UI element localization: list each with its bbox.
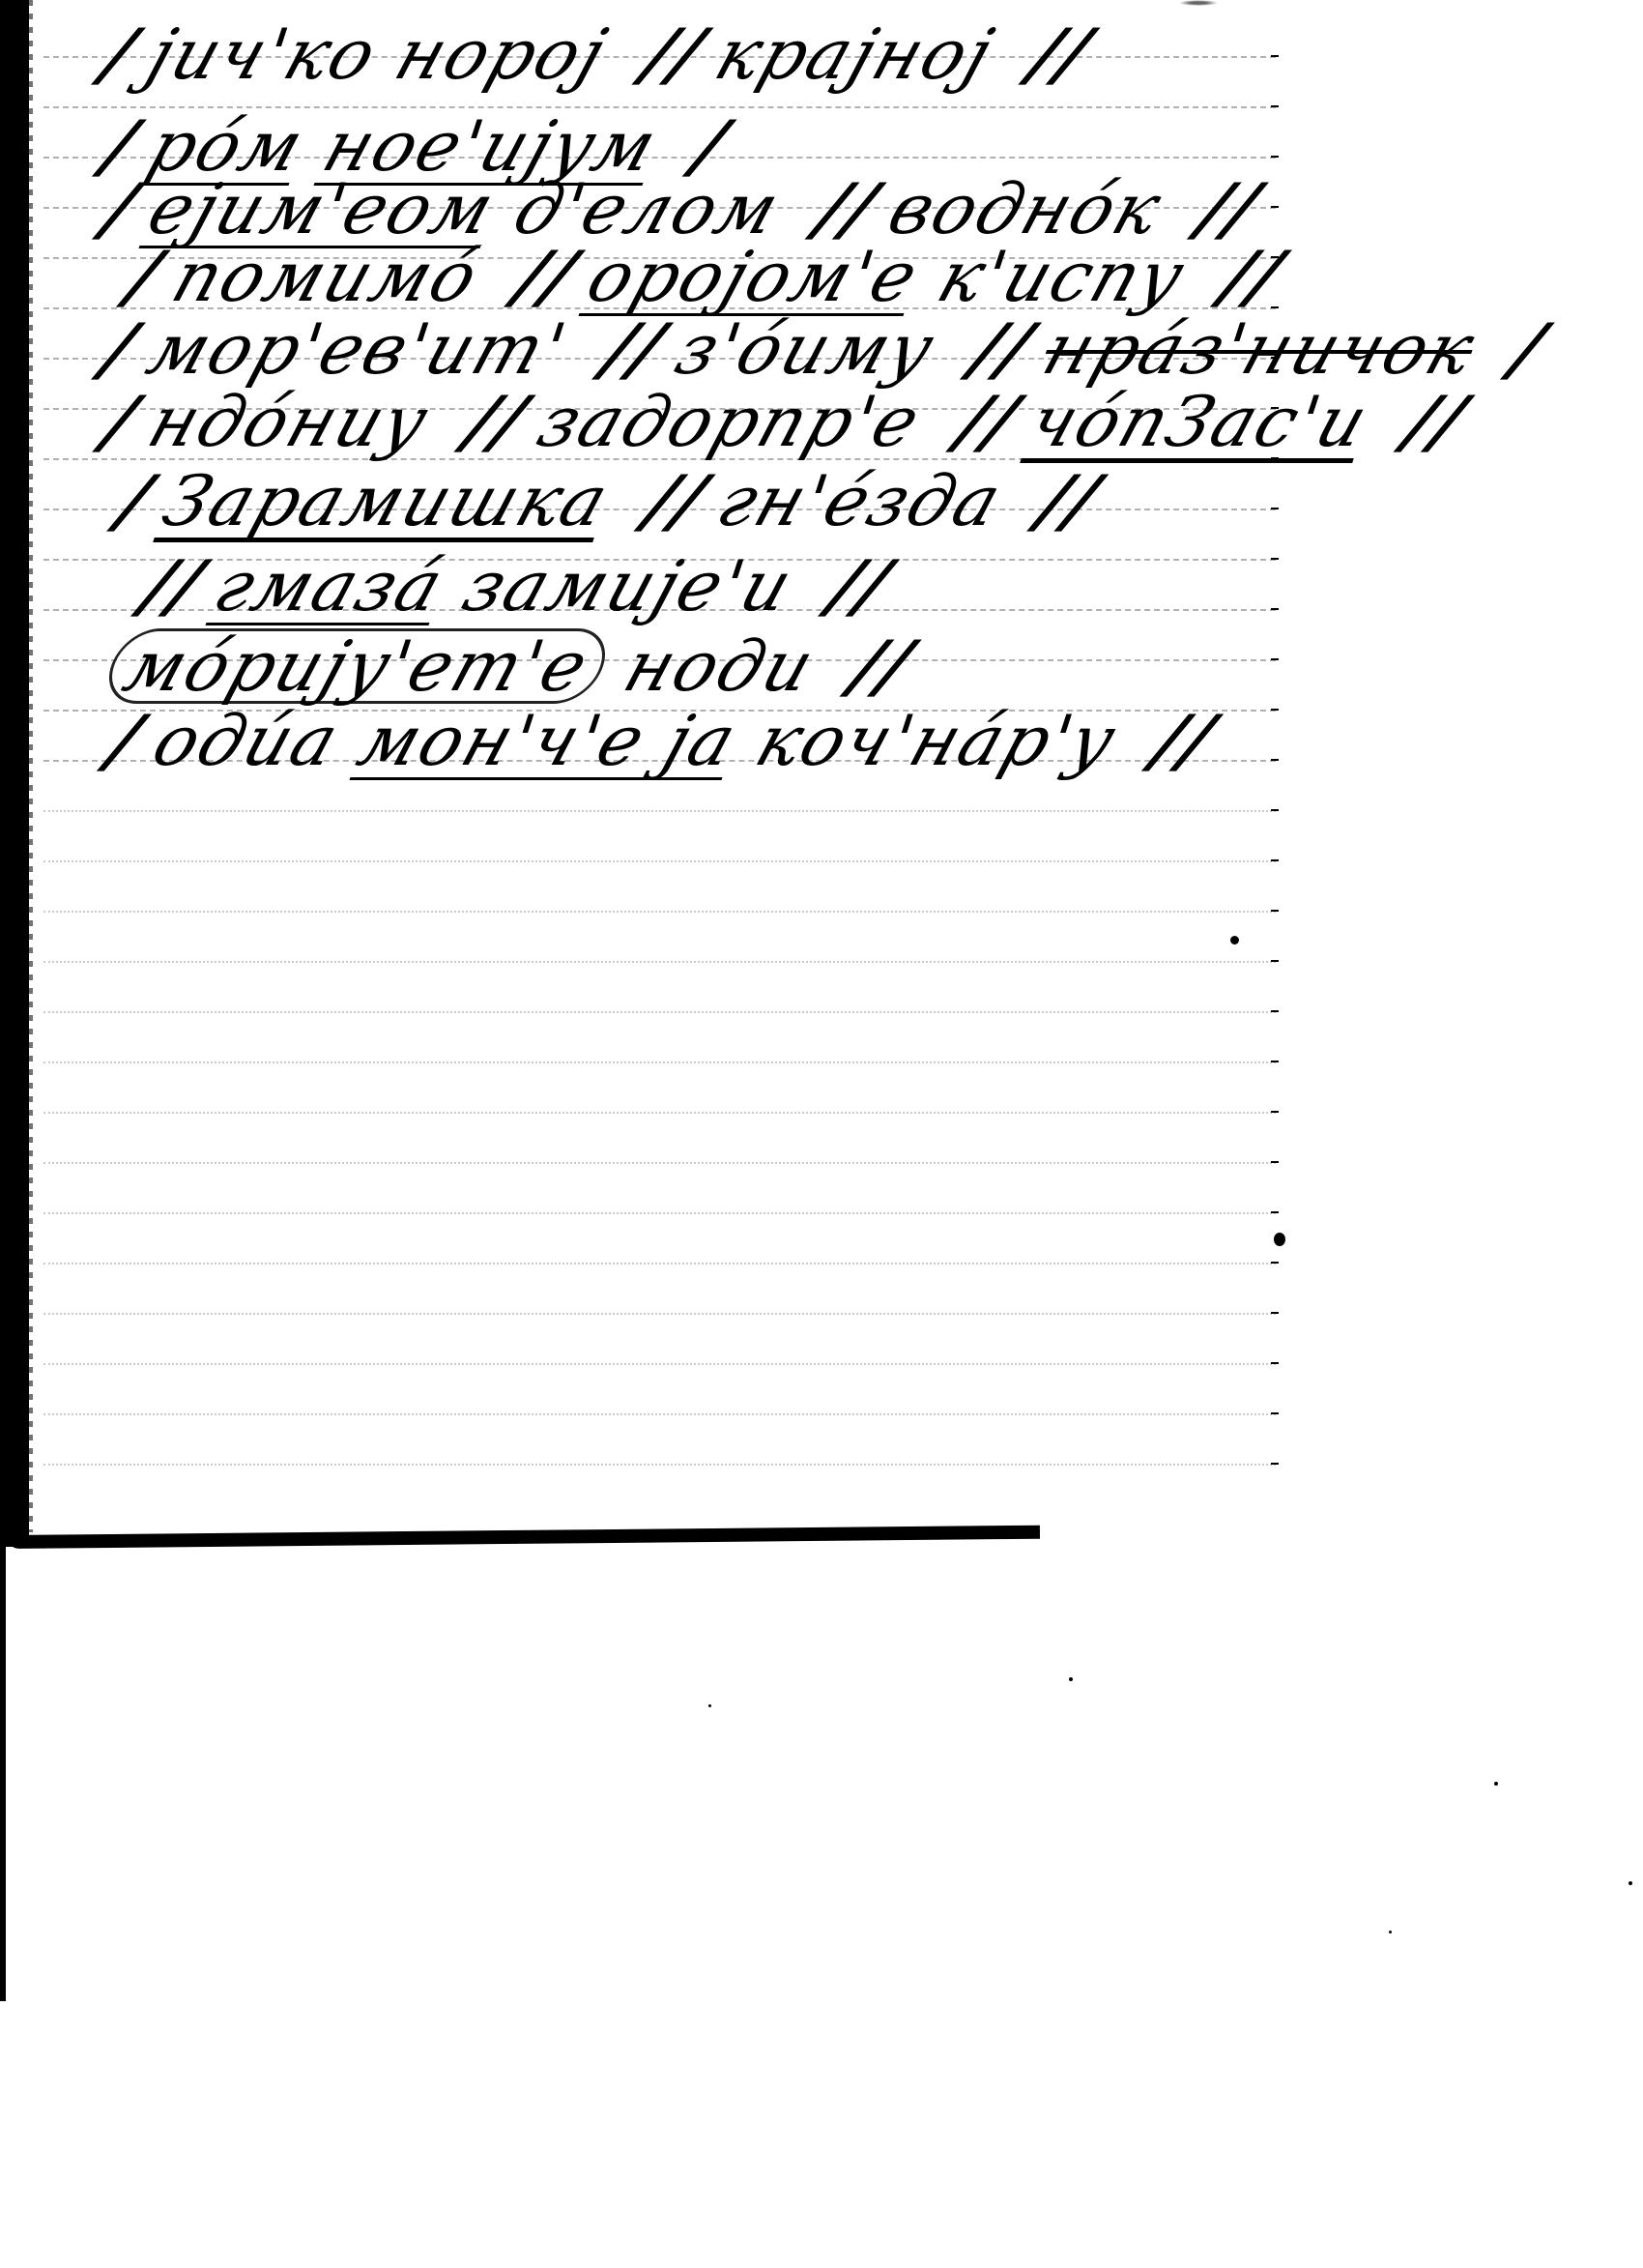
page-bottom-border [6,1526,1040,1549]
handwritten-word: мон'ч'е ја [349,706,746,780]
margin-tick [1271,960,1279,962]
word-delimiter: // [638,466,715,536]
handwritten-word: крајној [707,19,1002,89]
word-delimiter: // [595,314,673,384]
handwritten-word: гмаза́ [205,551,452,625]
ruled-line [43,1162,1276,1164]
line-delimiter: / [110,466,160,536]
handwritten-line: //гмаза́замије'и// [132,551,916,625]
word-delimiter: // [507,242,585,311]
handwritten-word: ноди [617,631,823,701]
ink-speck [1494,1782,1498,1786]
line-delimiter: / [120,242,170,311]
ruled-line [43,1413,1276,1415]
ruled-line [43,1464,1276,1466]
handwritten-word: задорпр'е [530,387,930,456]
ink-speck [1389,1931,1392,1934]
word-delimiter: // [458,387,535,456]
ruled-line [43,1011,1276,1013]
handwritten-word: оројом'е [578,242,928,316]
handwritten-word: д'елом [506,174,789,244]
handwritten-word: ндо́ниу [141,387,438,456]
handwritten-word: замије'и [455,551,802,621]
handwritten-line: /оди́амон'ч'е јакоч'на́р'у// [99,706,1240,780]
line-delimiter: / [95,19,145,89]
handwritten-line: /мор'ев'ит'//з'о́иму//нра́з'ничок/ [95,314,1571,384]
word-delimiter: // [809,174,886,244]
margin-tick [1271,1061,1279,1062]
handwritten-word: помимо́ [164,242,487,311]
handwritten-word: к'испу [930,242,1194,311]
word-delimiter: // [1145,706,1223,775]
ruled-line [43,961,1276,963]
notebook-page: /јич'ко норој//крајној///ро́мное'ијум//е… [0,0,1643,2268]
handwritten-line: /ндо́ниу//задорпр'е//чо́пЗас'и// [94,387,1492,463]
handwritten-word: оди́а [145,706,348,775]
ink-speck [1629,1881,1632,1885]
ruled-line [43,1112,1276,1114]
notebook-binding-spine [0,0,29,1547]
spine-edge-line [0,1547,6,2001]
ruled-line [43,911,1276,913]
margin-tick [1271,55,1279,57]
margin-tick [1271,1463,1279,1465]
handwritten-word: мо́рију'ет'е [99,628,615,704]
line-delimiter: / [95,314,145,384]
margin-tick [1271,709,1279,711]
ink-speck [1069,1677,1073,1681]
margin-tick [1271,658,1279,660]
handwritten-word: нра́з'ничок [1036,314,1484,384]
handwritten-word: Зарамишка [153,466,618,542]
margin-tick [1271,558,1279,560]
margin-tick [1271,759,1279,761]
ruled-line [43,1212,1276,1214]
line-delimiter: / [96,387,146,456]
word-delimiter: // [821,551,899,621]
line-delimiter: / [101,706,151,775]
ruled-line [43,1061,1276,1063]
word-delimiter: // [1023,19,1100,89]
ruled-line [43,1363,1276,1365]
margin-tick [1271,1312,1279,1314]
margin-tick [1271,859,1279,861]
margin-tick [1271,156,1279,158]
margin-tick [1271,1412,1279,1414]
margin-tick [1271,1362,1279,1364]
handwritten-word: чо́пЗас'и [1020,387,1377,463]
page-inner-edge [29,0,33,1532]
handwritten-line: /јич'ко норој//крајној// [95,19,1116,89]
ruled-line [43,860,1276,862]
margin-tick [1271,105,1279,107]
word-delimiter: // [636,19,713,89]
margin-tick [1271,1010,1279,1012]
word-delimiter: // [844,631,921,701]
handwritten-line: /Зарамишка//гн'е́зда// [108,466,1125,542]
word-delimiter: // [1030,466,1108,536]
ruled-line [43,810,1276,812]
margin-tick [1271,910,1279,912]
margin-tick [1271,1161,1279,1163]
handwritten-word: јич'ко норој [140,19,616,89]
handwritten-line: мо́рију'ет'еноди// [99,628,938,704]
handwritten-word: гн'е́зда [709,466,1010,536]
margin-tick [1271,608,1279,610]
ink-speck [1230,936,1239,945]
ink-speck [708,1704,711,1707]
margin-tick [1271,1211,1279,1213]
word-delimiter: // [1398,387,1475,456]
handwritten-word: коч'на́р'у [748,706,1125,775]
word-delimiter: // [964,314,1041,384]
ink-speck [1274,1233,1285,1246]
handwritten-word: з'о́иму [668,314,944,384]
word-delimiter: // [1191,174,1268,244]
handwritten-word: водно́к [880,174,1170,244]
ink-smudge-top [1179,0,1218,6]
word-delimiter: // [1214,242,1291,311]
word-delimiter: / [1504,314,1554,384]
margin-tick [1271,1262,1279,1264]
ruled-line [43,1263,1276,1265]
ruled-line [43,1313,1276,1315]
word-delimiter: // [949,387,1026,456]
line-delimiter: // [134,551,212,621]
handwritten-line: /помимо́//оројом'ек'испу// [118,242,1309,316]
margin-tick [1271,809,1279,811]
handwritten-word: мор'ев'ит' [140,314,576,384]
margin-tick [1271,508,1279,509]
margin-tick [1271,1111,1279,1113]
